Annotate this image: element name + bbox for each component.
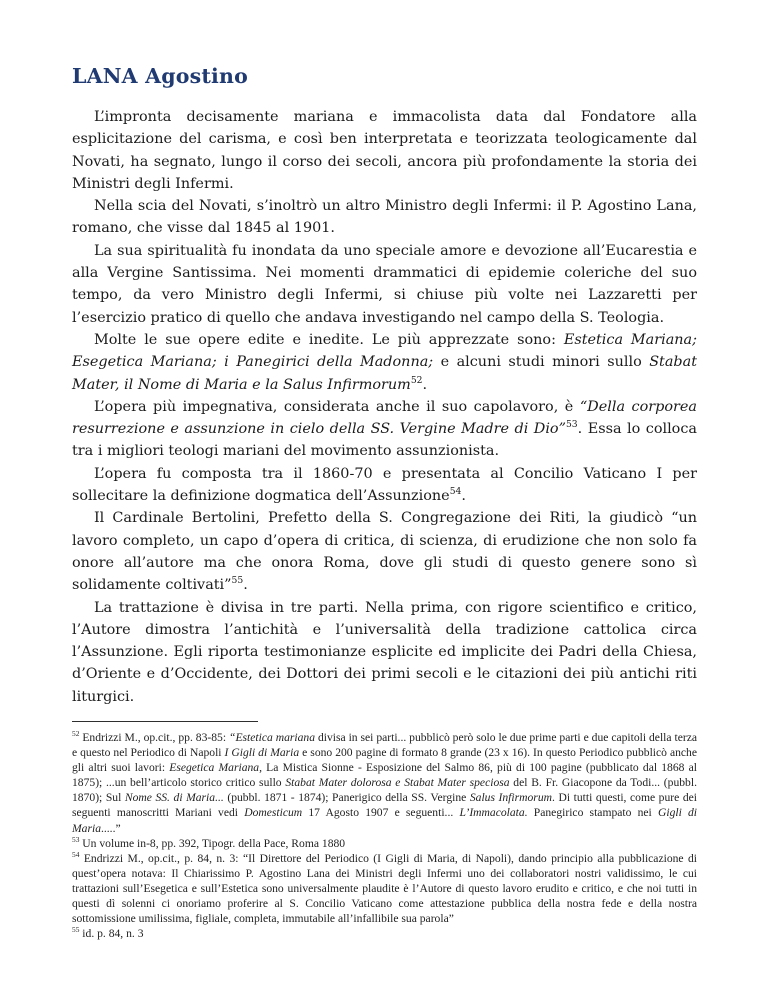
- text-run: Il Cardinale Bertolini, Prefetto della S…: [72, 510, 697, 593]
- footnote: 54 Endrizzi M., op.cit., p. 84, n. 3: “I…: [72, 851, 697, 926]
- footnote: 52 Endrizzi M., op.cit., pp. 83-85: “Est…: [72, 730, 697, 836]
- footnote-ref: 55: [232, 575, 244, 586]
- text-run: Salus Infirmorum: [470, 791, 552, 804]
- text-run: L’opera fu composta tra il 1860-70 e pre…: [72, 466, 697, 504]
- footnote-ref: 53: [566, 419, 578, 430]
- text-run: Nome SS. di Maria...: [125, 791, 224, 804]
- body-text: L’impronta decisamente mariana e immacol…: [72, 106, 697, 708]
- footnote-separator: [72, 721, 258, 722]
- text-run: .: [461, 488, 466, 504]
- paragraph: Molte le sue opere edite e inedite. Le p…: [72, 329, 697, 396]
- paragraph: La trattazione è divisa in tre parti. Ne…: [72, 597, 697, 708]
- text-run: Esegetica Mariana,: [169, 761, 262, 774]
- text-run: .....”: [101, 822, 121, 835]
- paragraph: Il Cardinale Bertolini, Prefetto della S…: [72, 507, 697, 596]
- paragraph: L’impronta decisamente mariana e immacol…: [72, 106, 697, 195]
- text-run: e alcuni studi minori sullo: [433, 354, 649, 370]
- paragraph: L’opera fu composta tra il 1860-70 e pre…: [72, 463, 697, 508]
- footnote-ref: 52: [411, 375, 423, 386]
- text-run: I Gigli di Maria: [225, 746, 300, 759]
- text-run: L’opera più impegnativa, considerata anc…: [94, 399, 580, 415]
- footnotes: 52 Endrizzi M., op.cit., pp. 83-85: “Est…: [72, 730, 697, 941]
- text-run: La sua spiritualità fu inondata da uno s…: [72, 243, 697, 326]
- text-run: 17 Agosto 1907 e seguenti...: [302, 806, 459, 819]
- text-run: “Estetica mariana: [229, 731, 315, 744]
- footnote: 53 Un volume in-8, pp. 392, Tipogr. dell…: [72, 836, 697, 851]
- paragraph: L’opera più impegnativa, considerata anc…: [72, 396, 697, 463]
- footnote: 55 id. p. 84, n. 3: [72, 926, 697, 941]
- text-run: Molte le sue opere edite e inedite. Le p…: [94, 332, 564, 348]
- text-run: Endrizzi M., op.cit., pp. 83-85:: [79, 731, 229, 744]
- text-run: Nella scia del Novati, s’inoltrò un altr…: [72, 198, 697, 236]
- text-run: Domesticum: [244, 806, 302, 819]
- paragraph: Nella scia del Novati, s’inoltrò un altr…: [72, 195, 697, 240]
- text-run: .: [423, 377, 428, 393]
- text-run: id. p. 84, n. 3: [79, 927, 143, 940]
- text-run: La trattazione è divisa in tre parti. Ne…: [72, 600, 697, 705]
- document-page: LANA Agostino L’impronta decisamente mar…: [0, 0, 768, 994]
- text-run: Panegirico stampato nei: [528, 806, 658, 819]
- footnote-ref: 54: [450, 486, 462, 497]
- paragraph: La sua spiritualità fu inondata da uno s…: [72, 240, 697, 329]
- text-run: L’Immacolata.: [459, 806, 527, 819]
- text-run: L’impronta decisamente mariana e immacol…: [72, 109, 697, 192]
- text-run: (pubbl. 1871 - 1874); Panerigico della S…: [224, 791, 470, 804]
- text-run: Endrizzi M., op.cit., p. 84, n. 3: “Il D…: [72, 852, 697, 925]
- page-title: LANA Agostino: [72, 63, 697, 89]
- text-run: Stabat Mater dolorosa e Stabat Mater spe…: [285, 776, 509, 789]
- text-run: Un volume in-8, pp. 392, Tipogr. della P…: [79, 837, 345, 850]
- text-run: .: [243, 577, 248, 593]
